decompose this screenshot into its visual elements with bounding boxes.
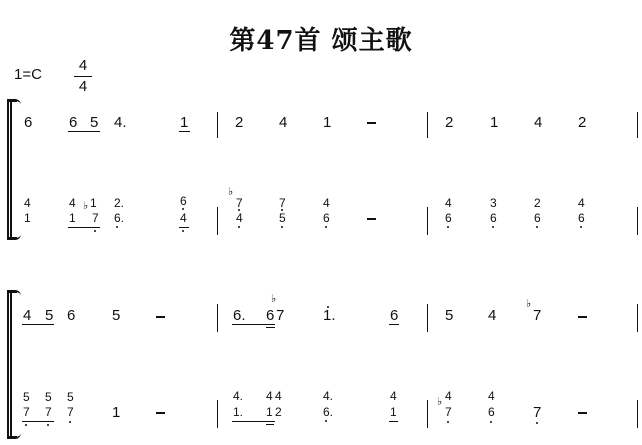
low-octave-dot [536, 226, 538, 228]
note: 2 [445, 115, 453, 131]
note: 2 [275, 406, 282, 419]
barline [427, 304, 428, 332]
note: 6. [323, 406, 333, 419]
note: 2 [534, 197, 541, 210]
barline [217, 400, 218, 428]
low-octave-dot [536, 422, 538, 424]
note: 1 [112, 405, 120, 421]
note: 4 [323, 197, 330, 210]
note: 5 [112, 308, 120, 324]
note: 7 [67, 406, 74, 419]
key-signature: 1=C [14, 66, 42, 83]
low-octave-dot [25, 424, 27, 426]
note: 1 [69, 212, 76, 225]
note: 4 [69, 197, 76, 210]
underline [266, 327, 275, 328]
barline [637, 304, 638, 332]
note: 7 [445, 406, 452, 419]
note: 7 [236, 197, 243, 210]
barline [637, 112, 638, 138]
flat-icon: ♭ [526, 299, 531, 310]
note: 6 [24, 115, 32, 131]
fraction-line [74, 76, 92, 77]
note: 6 [69, 115, 77, 131]
note: 4 [445, 390, 452, 403]
note: 5 [23, 391, 30, 404]
underline [232, 421, 275, 422]
note: 6 [180, 195, 187, 208]
note: 4 [534, 115, 542, 131]
time-denominator: 4 [74, 78, 92, 96]
barline [217, 304, 218, 332]
low-octave-dot [490, 421, 492, 423]
note: 7 [23, 406, 30, 419]
flat-icon: ♭ [83, 201, 88, 212]
underline [68, 131, 100, 132]
low-octave-dot [69, 421, 71, 423]
note: 4 [488, 390, 495, 403]
note: 4 [23, 308, 31, 324]
low-octave-dot [182, 208, 184, 210]
note: 4 [275, 390, 282, 403]
underline [389, 421, 398, 422]
underline [68, 227, 100, 228]
barline [637, 207, 638, 235]
underline [266, 424, 274, 425]
note: 5 [45, 308, 53, 324]
note: 5 [67, 391, 74, 404]
system-brace-2 [7, 291, 17, 438]
note: 1 [24, 212, 31, 225]
underline [179, 227, 189, 228]
barline [217, 112, 218, 138]
barline [427, 400, 428, 428]
time-numerator: 4 [74, 57, 92, 75]
dash-sustain [367, 218, 376, 220]
low-octave-dot [325, 226, 327, 228]
note: 4. [323, 390, 333, 403]
note: 7 [45, 406, 52, 419]
low-octave-dot [580, 226, 582, 228]
note: 6 [534, 212, 541, 225]
low-octave-dot [116, 226, 118, 228]
flat-icon: ♭ [271, 294, 276, 305]
note: 5 [445, 308, 453, 324]
dash-sustain [578, 412, 587, 414]
note: 4 [266, 390, 273, 403]
flat-icon: ♭ [228, 187, 233, 198]
note: 6 [67, 308, 75, 324]
note: 6 [390, 308, 398, 324]
note: 3 [490, 197, 497, 210]
note: 4 [390, 390, 397, 403]
note: 1 [390, 406, 397, 419]
low-octave-dot [182, 230, 184, 232]
note: 1 [90, 197, 97, 210]
barline [427, 112, 428, 138]
note: 1 [490, 115, 498, 131]
note: 5 [45, 391, 52, 404]
note: 6 [490, 212, 497, 225]
note: 7 [92, 212, 99, 225]
note: 1. [233, 406, 243, 419]
underline [22, 324, 54, 325]
dash-sustain [578, 316, 587, 318]
system-brace-1 [7, 100, 17, 239]
note: 4 [488, 308, 496, 324]
flat-icon: ♭ [437, 397, 442, 408]
note: 6 [266, 308, 274, 324]
low-octave-dot [281, 226, 283, 228]
note: 7 [276, 308, 284, 324]
note: 5 [90, 115, 98, 131]
note: 4 [24, 197, 31, 210]
barline [427, 207, 428, 235]
note: 7 [279, 197, 286, 210]
dash-sustain [367, 122, 376, 124]
underline [389, 324, 399, 325]
note: 4 [236, 212, 243, 225]
note: 1 [180, 115, 188, 131]
note: 6 [578, 212, 585, 225]
note: 6. [233, 308, 246, 324]
low-octave-dot [47, 424, 49, 426]
note: 1. [323, 308, 336, 324]
note: 1 [323, 115, 331, 131]
score-title: 第47首 颂主歌 [0, 20, 642, 57]
note: 6 [488, 406, 495, 419]
time-signature: 4 4 [74, 57, 92, 96]
low-octave-dot [447, 226, 449, 228]
note: 6 [323, 212, 330, 225]
note: 5 [279, 212, 286, 225]
barline [217, 207, 218, 235]
note: 6 [445, 212, 452, 225]
low-octave-dot [492, 226, 494, 228]
dash-sustain [156, 412, 165, 414]
note: 4. [114, 115, 127, 131]
note: 6. [114, 212, 124, 225]
note: 1 [266, 406, 273, 419]
underline [179, 131, 190, 132]
low-octave-dot [94, 230, 96, 232]
note: 7 [533, 308, 541, 324]
note: 4 [578, 197, 585, 210]
dash-sustain [156, 316, 165, 318]
note: 4 [279, 115, 287, 131]
note: 2. [114, 197, 124, 210]
low-octave-dot [238, 226, 240, 228]
low-octave-dot [325, 420, 327, 422]
note: 4. [233, 390, 243, 403]
note: 2 [578, 115, 586, 131]
barline [637, 400, 638, 428]
note: 4 [180, 212, 187, 225]
note: 4 [445, 197, 452, 210]
note: 2 [235, 115, 243, 131]
underline [22, 421, 54, 422]
underline [232, 324, 275, 325]
low-octave-dot [447, 421, 449, 423]
note: 7 [533, 405, 541, 421]
